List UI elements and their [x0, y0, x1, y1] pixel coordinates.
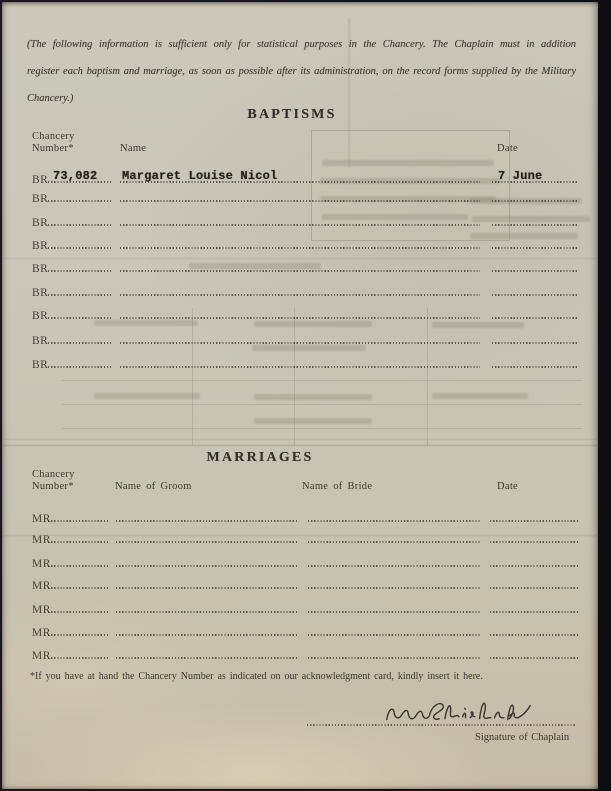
baptisms-row: BR: [2, 329, 600, 344]
baptisms-row-prefix: BR: [32, 335, 48, 347]
marriages-date-field-line: [490, 611, 578, 613]
bleedthrough-artifact: [62, 428, 582, 429]
bleedthrough-artifact: [254, 418, 372, 424]
bleedthrough-artifact: [62, 404, 582, 405]
baptisms-date-header: Date: [497, 143, 518, 154]
baptisms-chancery-header: Chancery: [32, 131, 75, 142]
baptisms-row-prefix: BR: [32, 310, 48, 322]
intro-note-line: (The following information is sufficient…: [27, 31, 576, 58]
baptisms-name-field-line: [120, 247, 480, 249]
bleedthrough-artifact: [94, 393, 200, 399]
marriages-date-field-line: [490, 657, 578, 659]
baptisms-number-field-line: [48, 294, 112, 296]
baptisms-name-value: Margaret Louise Nicol: [122, 169, 277, 183]
marriages-date-field-line: [490, 565, 578, 567]
baptisms-section-title: BAPTISMS: [2, 107, 582, 123]
marriages-groom-field-line: [116, 611, 298, 613]
baptisms-row: BR: [2, 187, 600, 202]
baptisms-number-value: 73,082: [53, 169, 97, 183]
marriages-number-field-line: [48, 565, 110, 567]
marriages-number-field-line: [48, 541, 110, 543]
marriages-row-prefix: MR: [32, 650, 51, 662]
marriages-number-field-line: [48, 657, 110, 659]
baptisms-row-prefix: BR: [32, 263, 48, 275]
baptisms-date-field-line: [492, 317, 578, 319]
baptisms-date-field-line: [492, 294, 578, 296]
bleedthrough-artifact: [254, 394, 372, 400]
marriages-date-field-line: [490, 587, 578, 589]
baptisms-number-field-line: [48, 342, 112, 344]
marriages-groom-field-line: [116, 587, 298, 589]
marriages-row-prefix: MR: [32, 534, 51, 546]
scanned-form-page: { "page": { "intro_lines": [ "(The follo…: [0, 0, 611, 791]
marriages-date-header: Date: [497, 481, 518, 492]
chaplain-signature: [383, 696, 533, 730]
signature-caption: Signature of Chaplain: [475, 732, 569, 743]
marriages-groom-header: Name of Groom: [115, 481, 192, 492]
marriages-date-field-line: [490, 541, 578, 543]
baptisms-row: BR: [2, 304, 600, 319]
bleedthrough-artifact: [252, 345, 366, 351]
marriages-bride-field-line: [308, 634, 480, 636]
marriages-row: MR: [2, 644, 600, 659]
baptisms-row: BR: [2, 234, 600, 249]
baptisms-number-field-line: [48, 247, 112, 249]
marriages-number-field-line: [48, 587, 110, 589]
baptisms-number-field-line: [48, 317, 112, 319]
bleedthrough-artifact: [62, 380, 582, 381]
baptisms-row-prefix: BR: [32, 240, 48, 252]
marriages-bride-field-line: [308, 611, 480, 613]
intro-note: (The following information is sufficient…: [27, 31, 576, 112]
marriages-row: MR: [2, 528, 600, 543]
baptisms-date-field-line: [492, 366, 578, 368]
marriages-row-prefix: MR: [32, 627, 51, 639]
baptisms-number-header: Number*: [32, 143, 74, 154]
baptisms-name-header: Name: [120, 143, 146, 154]
marriages-row-prefix: MR: [32, 580, 51, 592]
baptisms-row-prefix: BR: [32, 217, 48, 229]
marriages-chancery-header: Chancery: [32, 469, 75, 480]
marriages-section-title: MARRIAGES: [2, 450, 518, 466]
marriages-groom-field-line: [116, 520, 298, 522]
marriages-groom-field-line: [116, 634, 298, 636]
marriages-date-field-line: [490, 520, 578, 522]
marriages-row: MR: [2, 552, 600, 567]
baptisms-date-value: 7 June: [498, 169, 542, 183]
bleedthrough-artifact: [254, 321, 372, 327]
bleedthrough-artifact: [432, 393, 528, 399]
marriages-bride-field-line: [308, 520, 480, 522]
paper-sheet: (The following information is sufficient…: [2, 2, 598, 789]
baptisms-row: BR: [2, 281, 600, 296]
marriages-groom-field-line: [116, 565, 298, 567]
marriages-bride-header: Name of Bride: [302, 481, 372, 492]
marriages-row: MR: [2, 507, 600, 522]
baptisms-name-field-line: [120, 342, 480, 344]
baptisms-date-field-line: [492, 224, 578, 226]
baptisms-number-field-line: [48, 200, 112, 202]
baptisms-row-prefix: BR: [32, 174, 48, 186]
intro-note-line: register each baptism and marriage, as s…: [27, 58, 576, 85]
marriages-groom-field-line: [116, 541, 298, 543]
marriages-bride-field-line: [308, 657, 480, 659]
baptisms-number-field-line: [48, 366, 112, 368]
marriages-row: MR: [2, 598, 600, 613]
baptisms-date-field-line: [492, 342, 578, 344]
marriages-row: MR: [2, 621, 600, 636]
marriages-groom-field-line: [116, 657, 298, 659]
baptisms-row-prefix: BR: [32, 287, 48, 299]
marriages-row: MR: [2, 574, 600, 589]
baptisms-name-field-line: [120, 366, 480, 368]
bleedthrough-artifact: [432, 322, 524, 328]
marriages-row-prefix: MR: [32, 513, 51, 525]
baptisms-name-field-line: [120, 224, 480, 226]
baptisms-row: BR: [2, 211, 600, 226]
marriages-number-header: Number*: [32, 481, 74, 492]
baptisms-name-field-line: [120, 270, 480, 272]
marriages-bride-field-line: [308, 587, 480, 589]
marriages-row-prefix: MR: [32, 604, 51, 616]
bleedthrough-artifact: [94, 320, 198, 326]
marriages-number-field-line: [48, 634, 110, 636]
marriages-date-field-line: [490, 634, 578, 636]
fold-crease: [2, 445, 600, 446]
marriages-bride-field-line: [308, 541, 480, 543]
baptisms-date-field-line: [492, 200, 578, 202]
baptisms-date-field-line: [492, 270, 578, 272]
marriages-number-field-line: [48, 611, 110, 613]
baptisms-row: BR73,082Margaret Louise Nicol7 June: [2, 168, 600, 183]
baptisms-row-prefix: BR: [32, 193, 48, 205]
baptisms-row-prefix: BR: [32, 359, 48, 371]
baptisms-name-field-line: [120, 294, 480, 296]
marriages-number-field-line: [48, 520, 110, 522]
marriages-bride-field-line: [308, 565, 480, 567]
footnote: *If you have at hand the Chancery Number…: [30, 671, 483, 682]
baptisms-name-field-line: [120, 200, 480, 202]
fold-crease: [2, 439, 600, 440]
baptisms-row: BR: [2, 353, 600, 368]
marriages-row-prefix: MR: [32, 558, 51, 570]
baptisms-number-field-line: [48, 224, 112, 226]
baptisms-name-field-line: [120, 317, 480, 319]
baptisms-number-field-line: [48, 270, 112, 272]
baptisms-row: BR: [2, 257, 600, 272]
baptisms-date-field-line: [492, 247, 578, 249]
